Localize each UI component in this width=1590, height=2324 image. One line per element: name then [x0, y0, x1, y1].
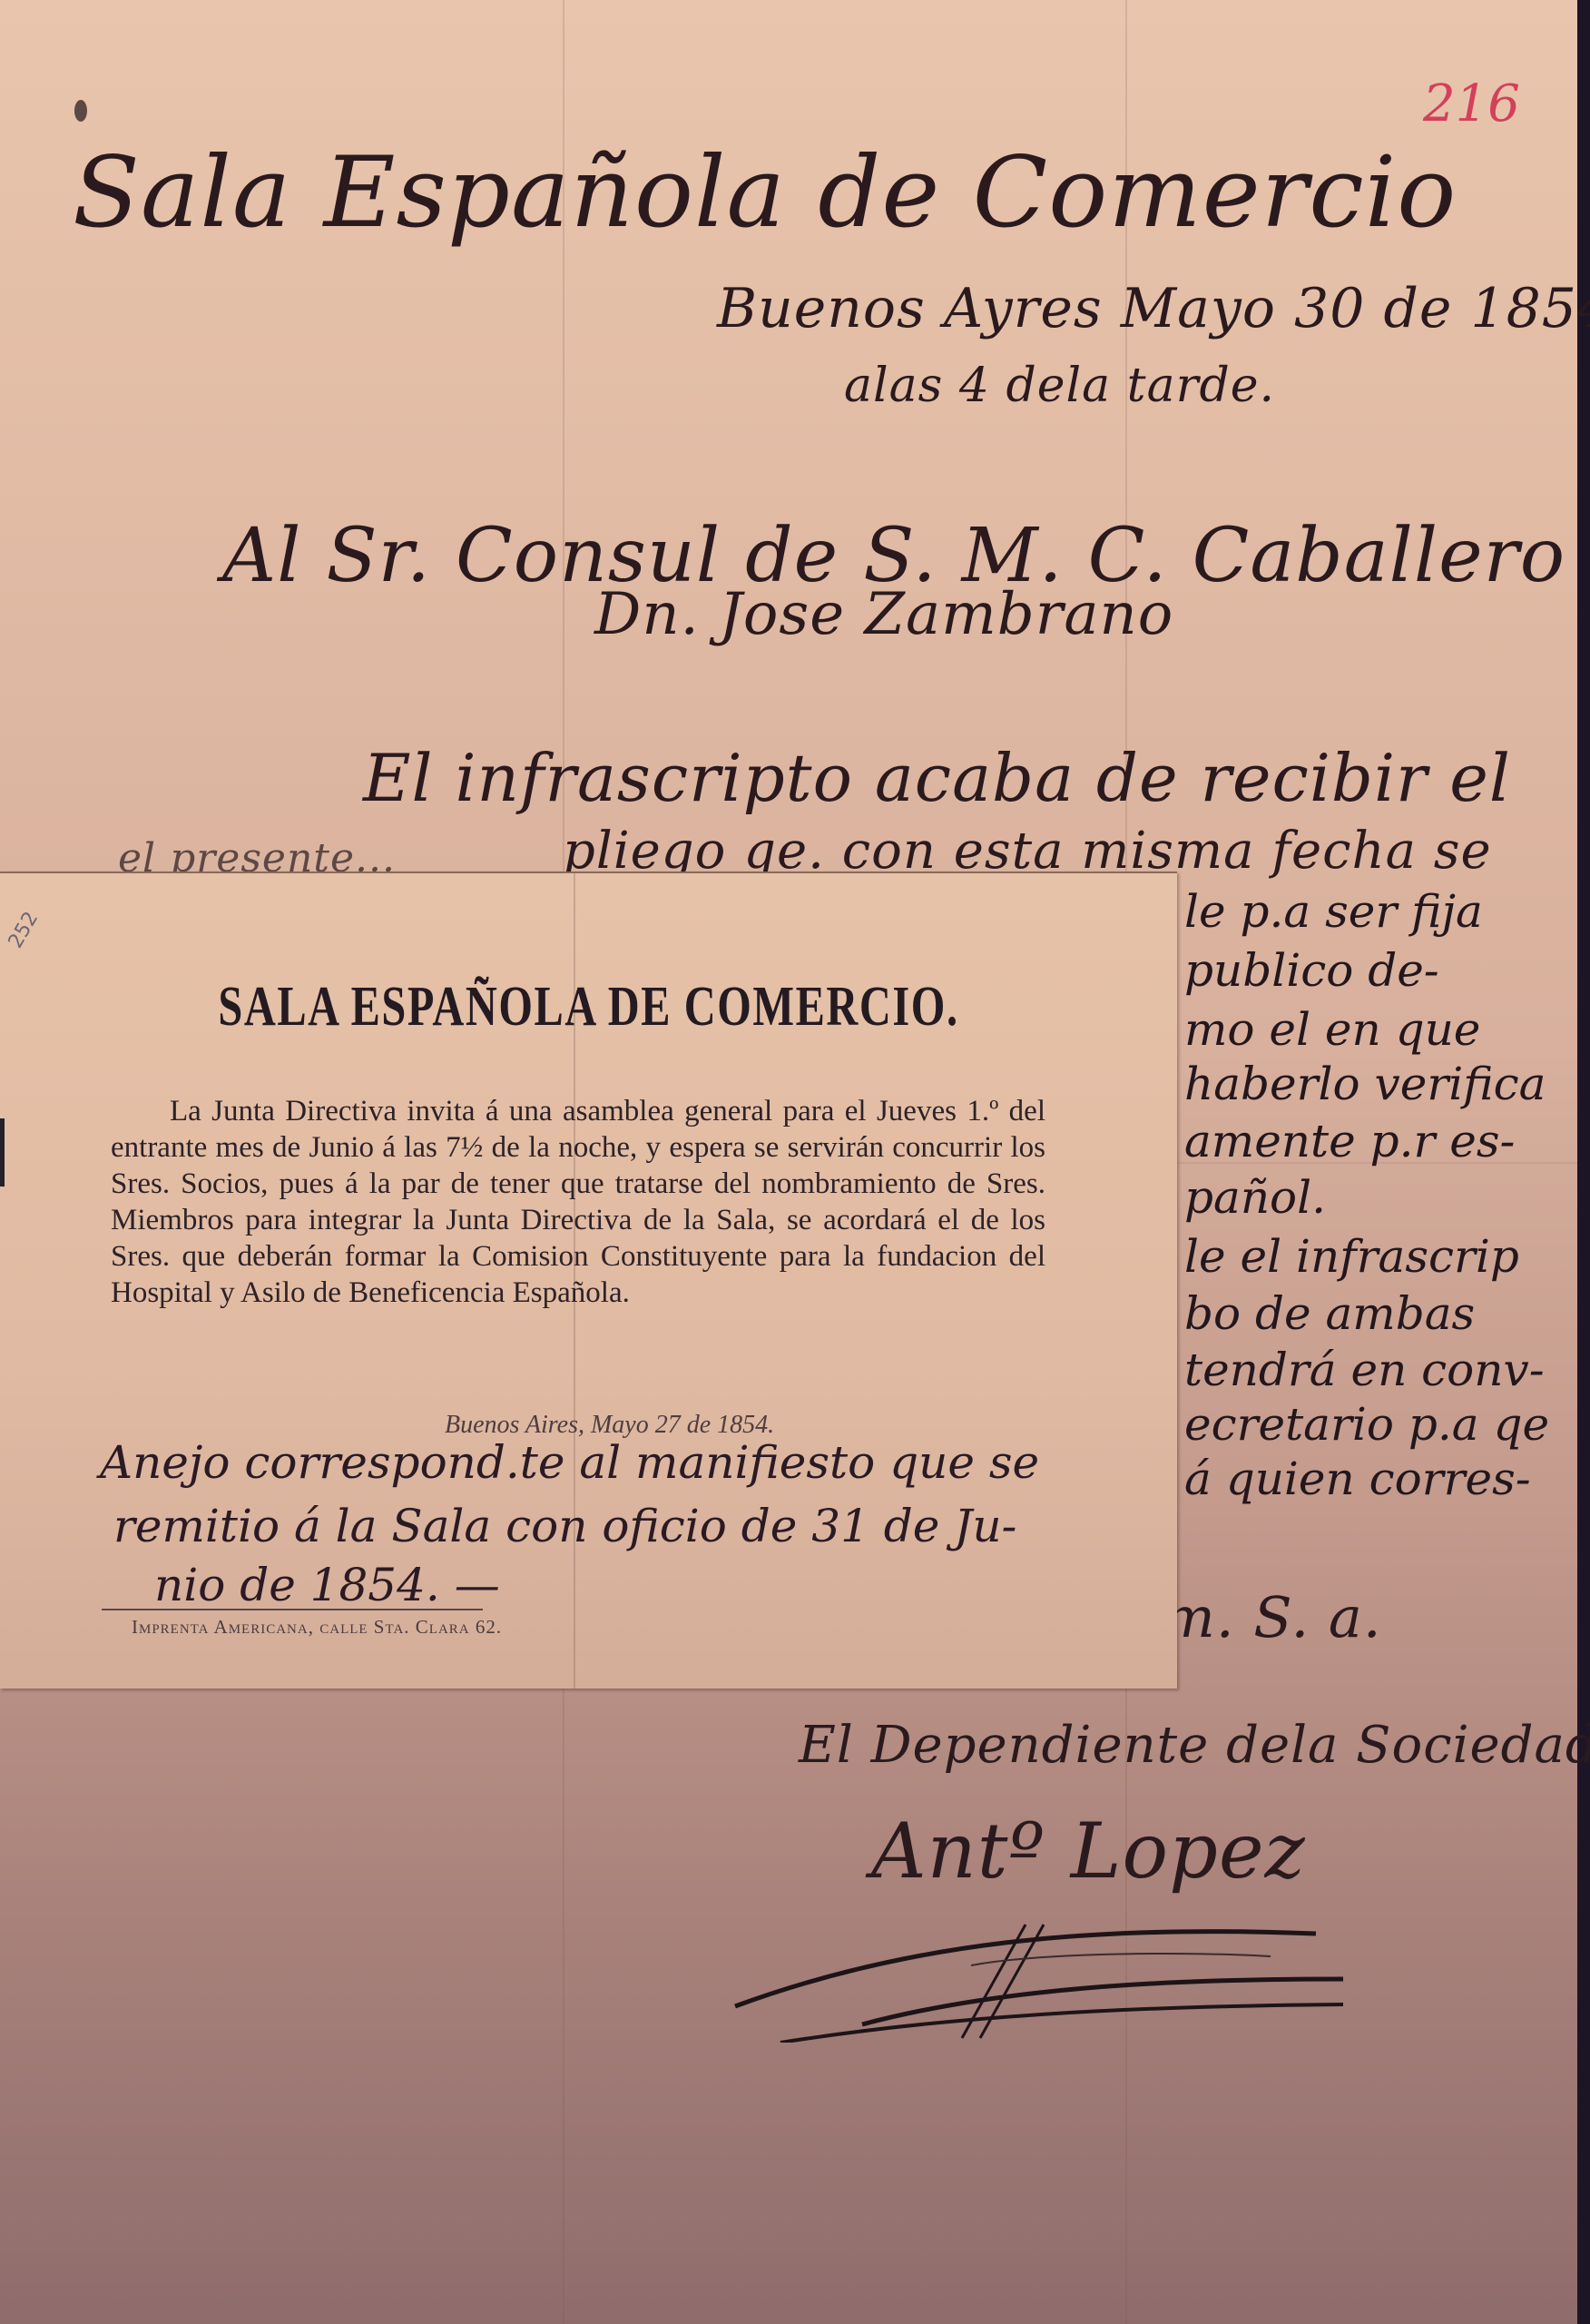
pencil-mark: 252 — [5, 908, 44, 952]
addressee-line-2: Dn. Jose Zambrano — [594, 581, 1173, 648]
right-column-line: pañol. — [1184, 1171, 1584, 1224]
right-column-line: haberlo verifica — [1184, 1058, 1584, 1110]
right-column-line: ecretario p.a qe — [1184, 1398, 1584, 1451]
right-column-line: amente p.r es- — [1184, 1115, 1584, 1167]
printed-notice: 252 SALA ESPAÑOLA DE COMERCIO. La Junta … — [0, 871, 1177, 1689]
annotation-line: Anejo correspond.te al manifiesto que se — [100, 1436, 1039, 1489]
right-column-line: le el infrascrip — [1184, 1230, 1584, 1283]
right-column-line: á quien corres- — [1184, 1452, 1584, 1505]
signature-rubric-icon — [726, 1888, 1452, 2043]
divider — [102, 1609, 483, 1610]
right-column-line: mo el en que — [1184, 1003, 1584, 1056]
right-column-line: tendrá en conv- — [1184, 1344, 1584, 1396]
right-column-line: bo de ambas — [1184, 1287, 1584, 1340]
right-column-line: le p.a ser fija — [1184, 885, 1584, 938]
letter-heading: Sala Española de Comercio — [73, 136, 1457, 250]
notice-title: SALA ESPAÑOLA DE COMERCIO. — [130, 975, 1048, 1039]
printer-imprint: Imprenta Americana, calle Sta. Clara 62. — [132, 1616, 502, 1639]
notice-body: La Junta Directiva invita á una asamblea… — [111, 1093, 1045, 1311]
letter-body-line-1: El infrascripto acaba de recibir el — [363, 740, 1511, 816]
signature: Antº Lopez — [871, 1807, 1306, 1896]
signatory-title: El Dependiente dela Sociedad — [799, 1716, 1590, 1775]
right-column-line: publico de- — [1184, 944, 1584, 997]
binding-mark — [0, 1118, 5, 1187]
letter-time: alas 4 dela tarde. — [844, 359, 1275, 413]
paper-hole — [74, 100, 87, 122]
annotation-line: nio de 1854. — — [154, 1559, 500, 1611]
letter-place-date: Buenos Ayres Mayo 30 de 1854 — [717, 277, 1590, 340]
folio-number: 216 — [1423, 74, 1520, 133]
annotation-line: remitio á la Sala con oficio de 31 de Ju… — [113, 1500, 1016, 1552]
